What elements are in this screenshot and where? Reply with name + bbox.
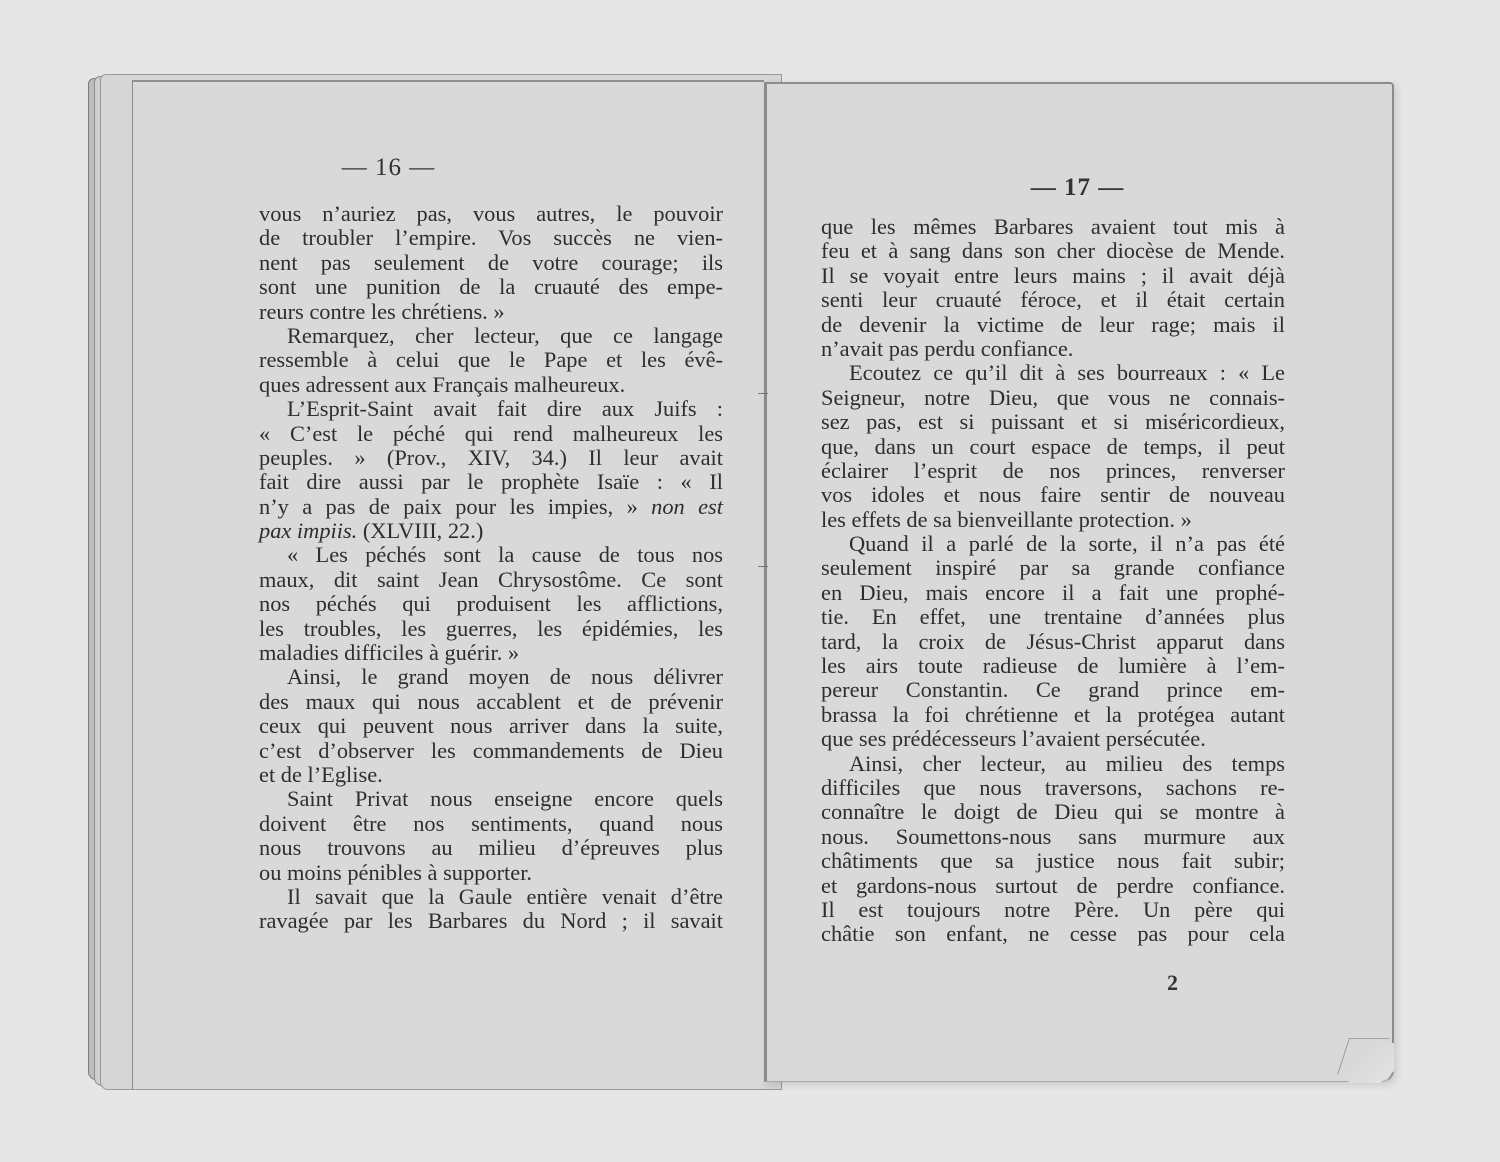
text-line: en Dieu, mais encore il a fait une proph… <box>821 581 1285 605</box>
left-page: — 16 — vous n’auriez pas, vous autres, l… <box>132 80 764 1090</box>
text-line: pereur Constantin. Ce grand prince em- <box>821 678 1285 702</box>
text-line: vos idoles et nous faire sentir de nouve… <box>821 483 1285 507</box>
page-number-left: — 16 — <box>73 154 704 182</box>
text-line: que les mêmes Barbares avaient tout mis … <box>821 215 1285 239</box>
text-line: ressemble à celui que le Pape et les évê… <box>259 348 723 372</box>
text-line: de devenir la victime de leur rage; mais… <box>821 313 1285 337</box>
text-line: de troubler l’empire. Vos succès ne vien… <box>259 226 723 250</box>
text-line: que, dans un court espace de temps, il p… <box>821 435 1285 459</box>
spine-mark <box>758 393 768 394</box>
open-booklet: — 16 — vous n’auriez pas, vous autres, l… <box>0 0 1500 1162</box>
text-line: ceux qui peuvent nous arriver dans la su… <box>259 714 723 738</box>
text-line: Quand il a parlé de la sorte, il n’a pas… <box>821 532 1285 556</box>
text-line: peuples. » (Prov., XIV, 34.) Il leur ava… <box>259 446 723 470</box>
text-line: Il savait que la Gaule entière venait d’… <box>259 885 723 909</box>
left-page-text: vous n’auriez pas, vous autres, le pouvo… <box>259 202 723 934</box>
text-line: nous. Soumettons-nous sans murmure aux <box>821 825 1285 849</box>
text-line: les airs toute radieuse de lumière à l’e… <box>821 654 1285 678</box>
text-line: les troubles, les guerres, les épidémies… <box>259 617 723 641</box>
text-line: et gardons-nous surtout de perdre confia… <box>821 874 1285 898</box>
text-line: Il est toujours notre Père. Un père qui <box>821 898 1285 922</box>
text-line: que ses prédécesseurs l’avaient persécut… <box>821 727 1285 751</box>
text-line: des maux qui nous accablent et de préven… <box>259 690 723 714</box>
text-line: senti leur cruauté féroce, et il était c… <box>821 288 1285 312</box>
text-line: sez pas, est si puissant et si miséricor… <box>821 410 1285 434</box>
text-line: ques adressent aux Français malheureux. <box>259 373 723 397</box>
text-line: doivent être nos sentiments, quand nous <box>259 812 723 836</box>
text-line: nent pas seulement de votre courage; ils <box>259 251 723 275</box>
text-line: ou moins pénibles à supporter. <box>259 861 723 885</box>
text-line: Il se voyait entre leurs mains ; il avai… <box>821 264 1285 288</box>
text-line: maux, dit saint Jean Chrysostôme. Ce son… <box>259 568 723 592</box>
text-line: « C’est le péché qui rend malheureux les <box>259 422 723 446</box>
text-line: vous n’auriez pas, vous autres, le pouvo… <box>259 202 723 226</box>
right-page-text: que les mêmes Barbares avaient tout mis … <box>821 215 1285 947</box>
text-line: châtiments que sa justice nous fait subi… <box>821 849 1285 873</box>
text-line: feu et à sang dans son cher diocèse de M… <box>821 239 1285 263</box>
text-line: les effets de sa bienveillante protectio… <box>821 508 1285 532</box>
text-line: Ainsi, le grand moyen de nous délivrer <box>259 665 723 689</box>
page-number-right: — 17 — <box>765 174 1390 202</box>
text-line: éclairer l’esprit de nos princes, renver… <box>821 459 1285 483</box>
text-line: « Les péchés sont la cause de tous nos <box>259 543 723 567</box>
text-line: Ecoutez ce qu’il dit à ses bourreaux : «… <box>821 361 1285 385</box>
text-line: fait dire aussi par le prophète Isaïe : … <box>259 470 723 494</box>
text-line: nos péchés qui produisent les affliction… <box>259 592 723 616</box>
text-line: nous trouvons au milieu d’épreuves plus <box>259 836 723 860</box>
text-line: ravagée par les Barbares du Nord ; il sa… <box>259 909 723 933</box>
text-line: difficiles que nous traversons, sachons … <box>821 776 1285 800</box>
right-page: — 17 — que les mêmes Barbares avaient to… <box>764 82 1394 1082</box>
text-line: et de l’Eglise. <box>259 763 723 787</box>
text-line: Saint Privat nous enseigne encore quels <box>259 787 723 811</box>
text-line: Ainsi, cher lecteur, au milieu des temps <box>821 752 1285 776</box>
text-line: L’Esprit-Saint avait fait dire aux Juifs… <box>259 397 723 421</box>
text-line: châtie son enfant, ne cesse pas pour cel… <box>821 922 1285 946</box>
text-line: n’y a pas de paix pour les impies, » non… <box>259 495 723 519</box>
text-line: c’est d’observer les commandements de Di… <box>259 739 723 763</box>
text-line: tard, la croix de Jésus-Christ apparut d… <box>821 630 1285 654</box>
text-line: n’avait pas perdu confiance. <box>821 337 1285 361</box>
text-line: reurs contre les chrétiens. » <box>259 300 723 324</box>
text-line: maladies difficiles à guérir. » <box>259 641 723 665</box>
text-line: Seigneur, notre Dieu, que vous ne connai… <box>821 386 1285 410</box>
text-line: seulement inspiré par sa grande confianc… <box>821 556 1285 580</box>
spine-mark <box>758 566 768 567</box>
text-line: sont une punition de la cruauté des empe… <box>259 275 723 299</box>
text-line: brassa la foi chrétienne et la protégea … <box>821 703 1285 727</box>
text-line: connaître le doigt de Dieu qui se montre… <box>821 800 1285 824</box>
text-line: Remarquez, cher lecteur, que ce langage <box>259 324 723 348</box>
text-line: tie. En effet, une trentaine d’années pl… <box>821 605 1285 629</box>
signature-mark: 2 <box>1167 970 1178 996</box>
text-line: pax impiis. (XLVIII, 22.) <box>259 519 723 543</box>
